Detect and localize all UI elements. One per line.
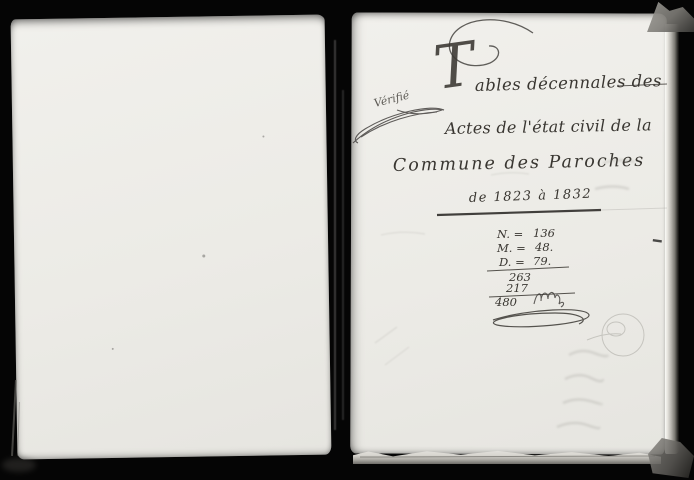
paper-speck <box>262 136 264 138</box>
scanned-register-spread: Vérifié T ables décennales des Actes de … <box>0 0 694 480</box>
paper-speck <box>202 254 205 257</box>
fore-edge-pages <box>665 24 679 454</box>
paper-speck <box>112 348 114 350</box>
scan-smudge <box>2 458 36 472</box>
left-blank-page <box>11 15 332 460</box>
right-title-page <box>350 12 667 454</box>
gutter-highlight <box>342 90 344 420</box>
gutter-highlight <box>334 40 336 430</box>
